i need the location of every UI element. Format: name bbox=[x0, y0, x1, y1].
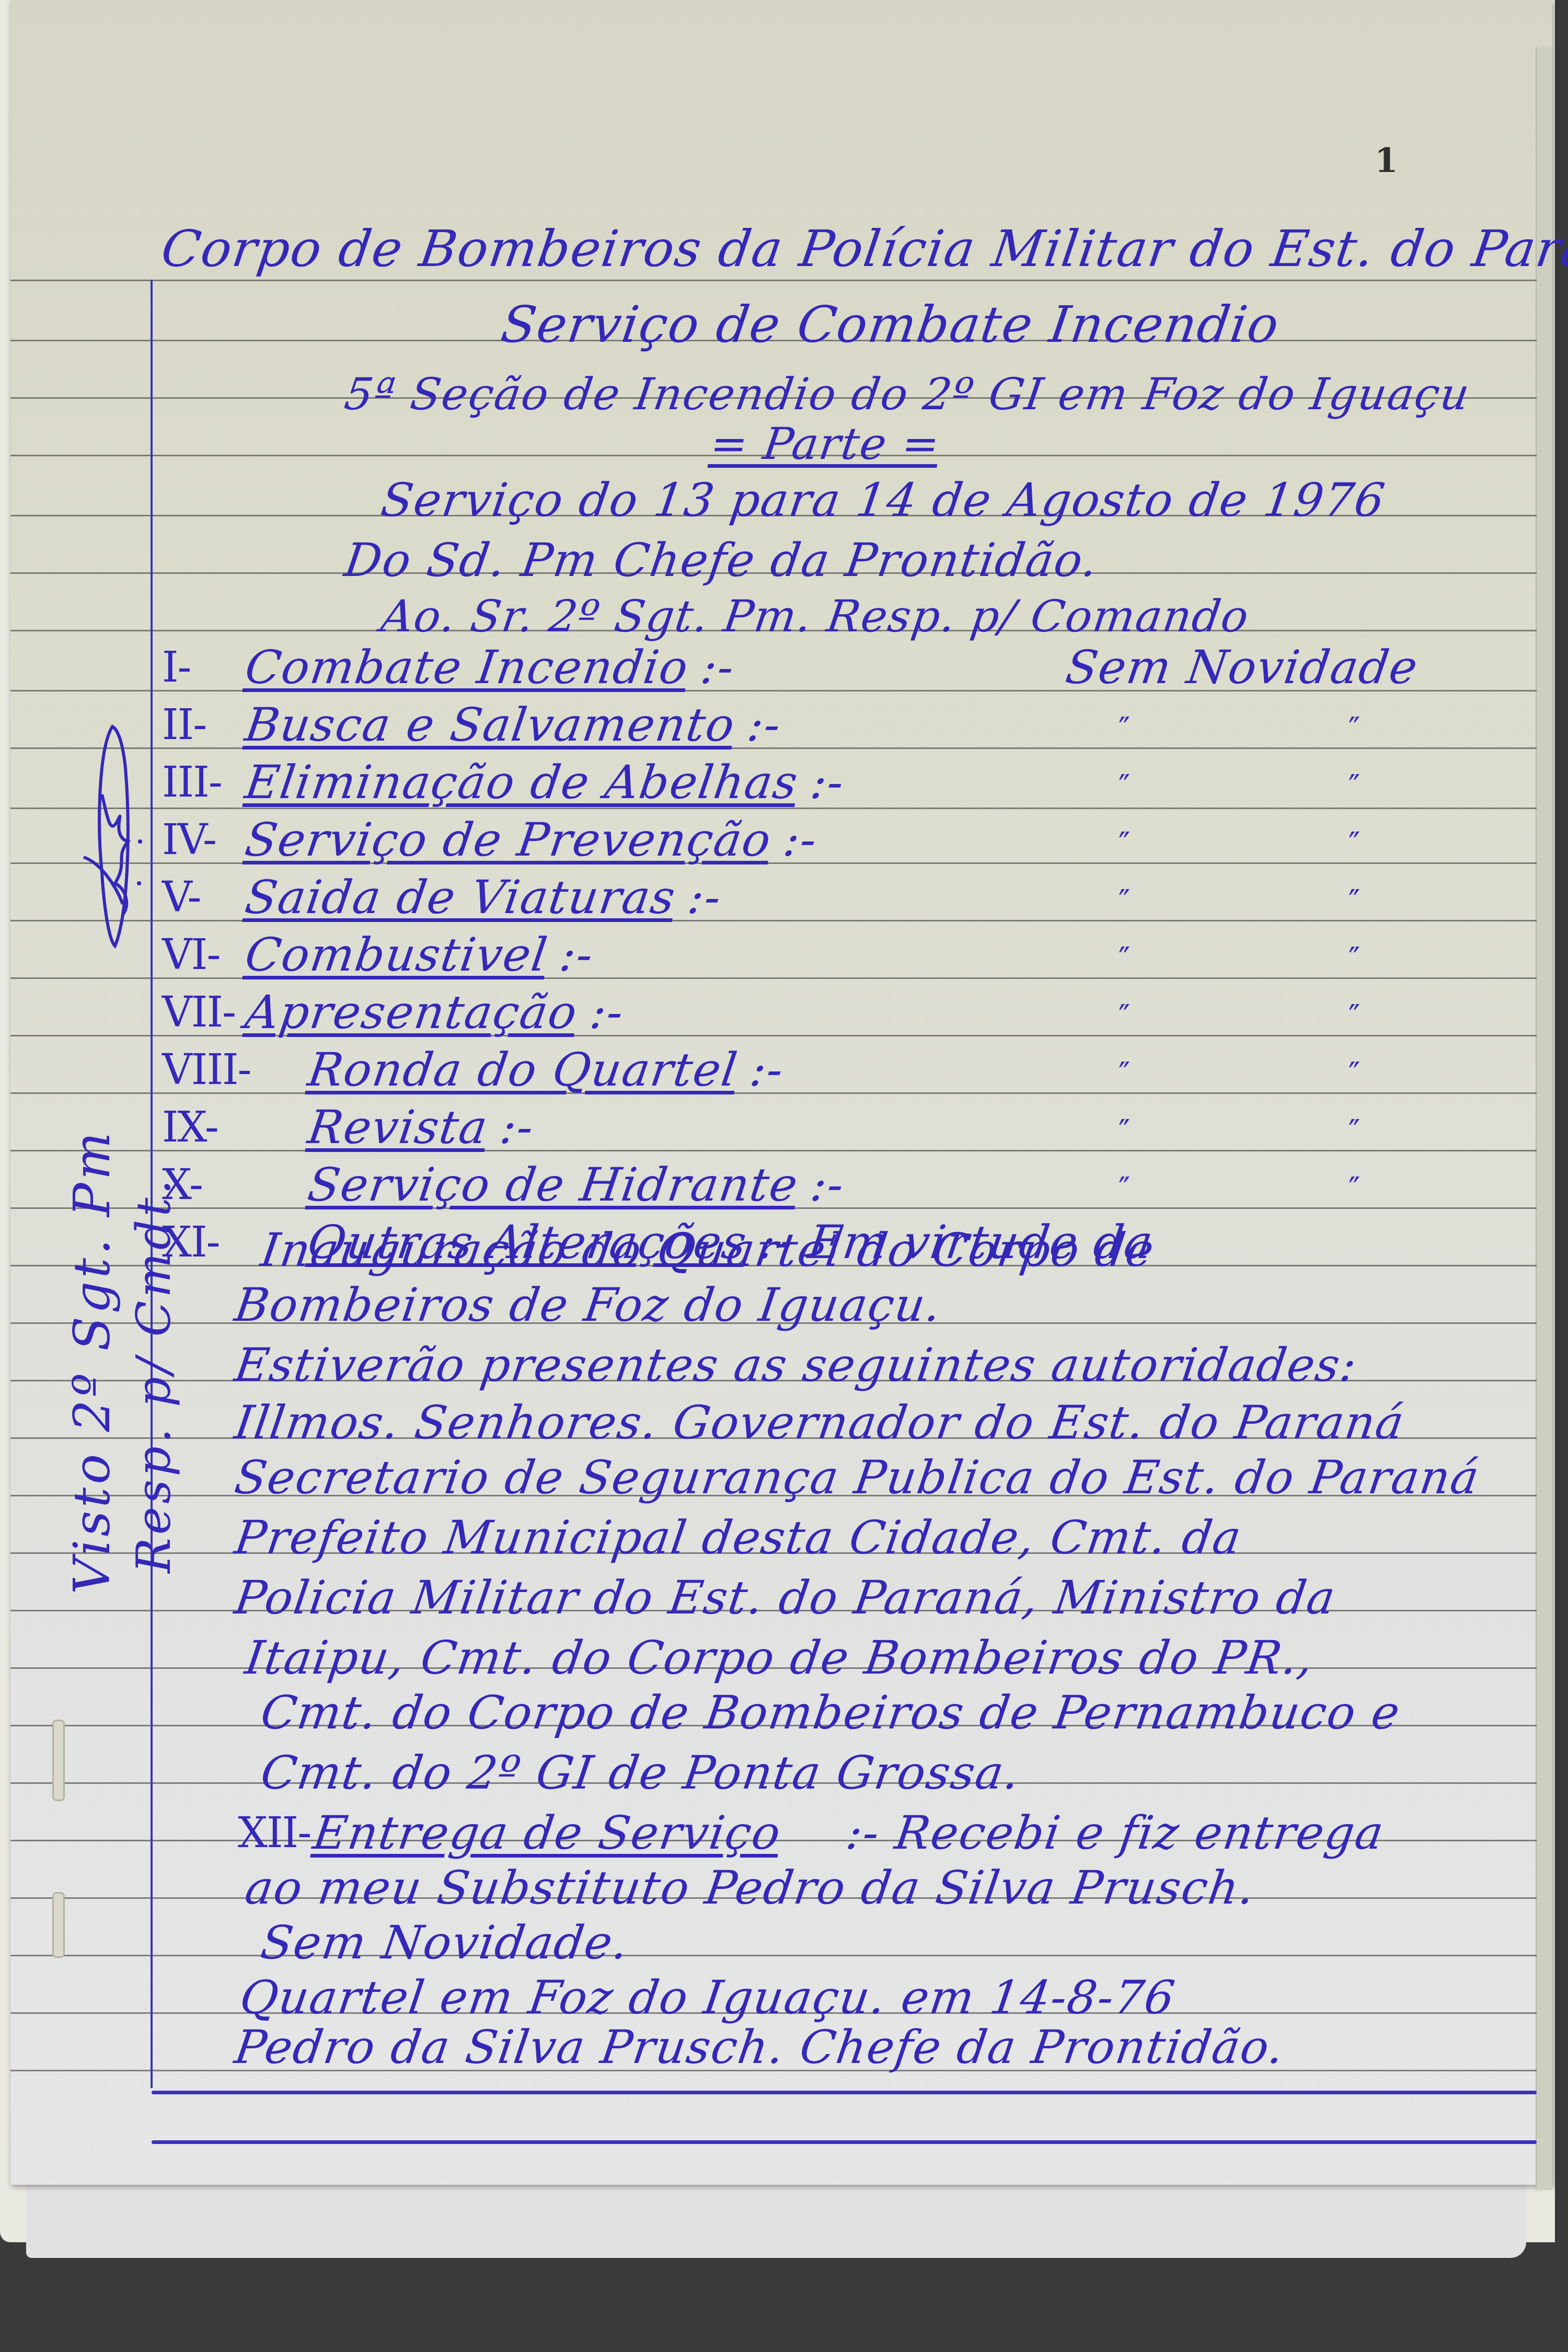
body-line: Cmt. do 2º GI de Ponta Grossa. bbox=[258, 1746, 1024, 1800]
ruled-line bbox=[10, 1955, 1537, 1956]
item-numeral: III- bbox=[162, 758, 222, 806]
ruled-line bbox=[10, 920, 1537, 921]
signature-line: Pedro da Silva Prusch. Chefe da Prontidã… bbox=[232, 2020, 1288, 2074]
body-line: Bombeiros de Foz do Iguaçu. bbox=[232, 1278, 946, 1332]
ditto-mark: ″ bbox=[1348, 711, 1360, 747]
item-title: Entrega de Serviço bbox=[310, 1806, 785, 1860]
item-numeral: II- bbox=[162, 700, 206, 749]
page-edge bbox=[1536, 47, 1552, 2190]
item-numeral: XII- bbox=[238, 1808, 310, 1857]
body-line: Itaipu, Cmt. do Corpo de Bombeiros do PR… bbox=[242, 1631, 1318, 1685]
closing-line bbox=[152, 2091, 1537, 2094]
ditto-mark: ″ bbox=[1119, 883, 1130, 920]
ditto-mark: ″ bbox=[1348, 883, 1360, 920]
header-section: 5ª Seção de Incendio do 2º GI em Foz do … bbox=[341, 368, 1473, 420]
margin-note: Visto 2º Sgt. Pm Resp. p/ Cmdt. bbox=[63, 1129, 181, 1594]
ditto-mark: ″ bbox=[1119, 1113, 1130, 1150]
body-line: Secretario de Segurança Publica do Est. … bbox=[232, 1450, 1483, 1504]
ditto-mark: ″ bbox=[1119, 941, 1130, 977]
ruled-line bbox=[10, 280, 1537, 281]
item-numeral: IV- bbox=[162, 815, 216, 864]
item-title: Serviço de Hidrante bbox=[305, 1158, 802, 1212]
margin-note-line1: Visto 2º Sgt. Pm bbox=[63, 1129, 121, 1594]
page-bottom-edge bbox=[26, 2180, 1526, 2258]
item-numeral: VI- bbox=[162, 930, 220, 979]
body-line: Policia Militar do Est. do Paraná, Minis… bbox=[232, 1571, 1340, 1624]
ruled-line bbox=[10, 1150, 1537, 1151]
item-numeral: VIII- bbox=[162, 1045, 251, 1094]
page-number: 1 bbox=[1375, 141, 1398, 180]
ditto-mark: ″ bbox=[1348, 768, 1360, 805]
header-from: Do Sd. Pm Chefe da Prontidão. bbox=[341, 533, 1102, 587]
ruled-line bbox=[10, 1035, 1537, 1036]
ditto-mark: ″ bbox=[1119, 998, 1130, 1035]
ditto-mark: ″ bbox=[1119, 711, 1130, 747]
item-title: Ronda do Quartel bbox=[305, 1043, 741, 1097]
ditto-mark: ″ bbox=[1119, 826, 1130, 862]
entrega-status: Sem Novidade. bbox=[258, 1916, 632, 1969]
place-date: Quartel em Foz do Iguaçu. em 14-8-76 bbox=[237, 1970, 1179, 2024]
ditto-mark: ″ bbox=[1348, 998, 1360, 1035]
margin-note-line2: Resp. p/ Cmdt. bbox=[126, 1129, 181, 1573]
item-title: Apresentação bbox=[242, 985, 581, 1039]
body-line: Cmt. do Corpo de Bombeiros de Pernambuco… bbox=[258, 1686, 1404, 1739]
ditto-mark: ″ bbox=[1348, 941, 1360, 977]
item-title: Saida de Viaturas bbox=[242, 870, 679, 924]
ditto-mark: ″ bbox=[1119, 1056, 1130, 1092]
ditto-mark: ″ bbox=[1348, 826, 1360, 862]
staple bbox=[52, 1892, 65, 1958]
closing-line bbox=[152, 2140, 1537, 2144]
ruled-line bbox=[10, 977, 1537, 979]
header-service: Serviço de Combate Incendio bbox=[498, 295, 1283, 354]
item-numeral: V- bbox=[162, 873, 200, 921]
item-numeral: I- bbox=[162, 643, 191, 691]
signature-flourish-icon bbox=[78, 716, 146, 956]
header-to: Ao. Sr. 2º Sgt. Pm. Resp. p/ Comando bbox=[378, 591, 1253, 642]
item-title: Revista bbox=[305, 1100, 492, 1154]
entrega-line: ao meu Substituto Pedro da Silva Prusch. bbox=[242, 1861, 1259, 1915]
item-numeral: VII- bbox=[162, 988, 235, 1036]
body-line: Estiverão presentes as seguintes autorid… bbox=[232, 1338, 1361, 1392]
staple bbox=[52, 1720, 65, 1801]
item-title: Combustivel bbox=[242, 928, 551, 982]
item-title: Eliminação de Abelhas bbox=[242, 755, 802, 809]
ditto-mark: ″ bbox=[1119, 1171, 1130, 1207]
body-line: Illmos. Senhores. Governador do Est. do … bbox=[232, 1396, 1408, 1449]
ditto-mark: ″ bbox=[1348, 1171, 1360, 1207]
header-service-date: Serviço do 13 para 14 de Agosto de 1976 bbox=[378, 473, 1389, 527]
ditto-mark: ″ bbox=[1119, 768, 1130, 805]
header-title: = Parte = bbox=[707, 418, 943, 469]
header-institution: Corpo de Bombeiros da Polícia Militar do… bbox=[158, 220, 1568, 278]
body-line: Prefeito Municipal desta Cidade, Cmt. da bbox=[232, 1511, 1246, 1564]
ruled-line bbox=[10, 862, 1537, 864]
ditto-mark: ″ bbox=[1348, 1056, 1360, 1092]
ditto-mark: ″ bbox=[1348, 1113, 1360, 1150]
item-title: Serviço de Prevenção bbox=[242, 813, 775, 867]
body-line: Inauguração do Quartel do Corpo de bbox=[258, 1223, 1158, 1277]
item-status: Sem Novidade bbox=[1063, 640, 1422, 694]
item-title: Busca e Salvamento bbox=[242, 698, 739, 752]
item-title: Combate Incendio bbox=[242, 640, 692, 694]
item-text: :- Recebi e fiz entrega bbox=[843, 1806, 1388, 1860]
